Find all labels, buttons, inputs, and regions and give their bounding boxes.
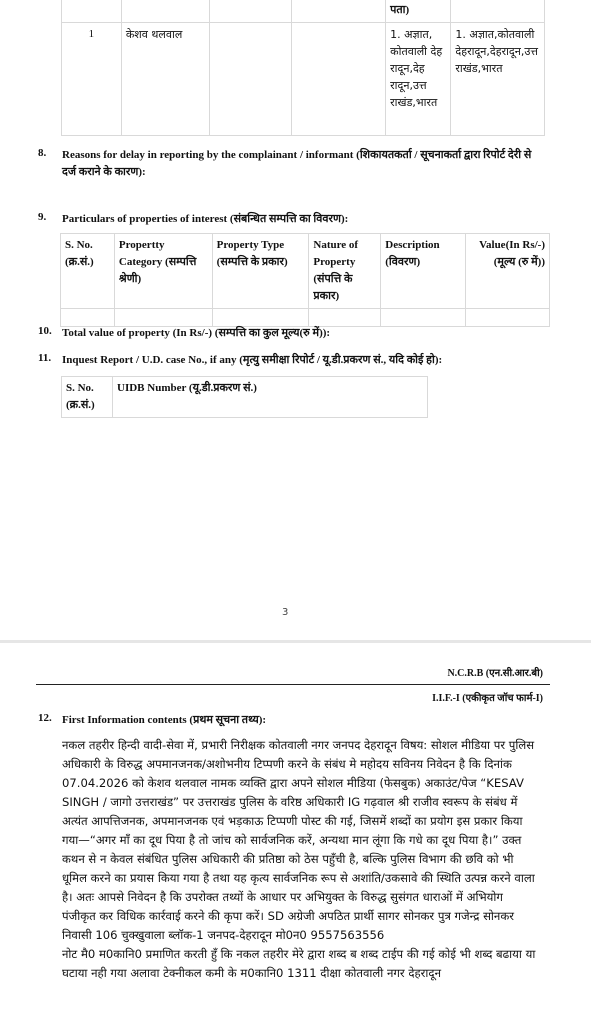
table-cell: [114, 309, 212, 327]
section-10-label: Total value of property (In Rs/-) (सम्पत…: [62, 325, 330, 342]
table-row: 1 केशव थलवाल 1. अज्ञात,कोतवाली देहरादून,…: [62, 23, 545, 136]
column-header: UIDB Number (यू.डी.प्रकरण सं.): [113, 377, 428, 418]
column-header: Propertty Category (सम्पत्ति श्रेणी): [114, 234, 212, 309]
empty-cell: [291, 23, 386, 136]
column-header: Nature of Property (संपत्ति के प्रकार): [309, 234, 381, 309]
section-8-label: Reasons for delay in reporting by the co…: [62, 147, 542, 181]
section-9-label: Particulars of properties of interest (स…: [62, 211, 348, 228]
permanent-address-cell: 1. अज्ञात,कोतवाली देहरादून,देहरादून,उत्त…: [451, 23, 545, 136]
section-12-label: First Information contents (प्रथम सूचना …: [62, 712, 266, 729]
section-12-number: 12.: [38, 712, 52, 724]
table-cell: [309, 309, 381, 327]
table-cell: [212, 309, 309, 327]
first-information-text: नकल तहरीर हिन्दी वादी-सेवा में, प्रभारी …: [62, 736, 540, 983]
column-header: Property Type (सम्पत्ति के प्रकार): [212, 234, 309, 309]
name-cell: केशव थलवाल: [121, 23, 209, 136]
table-cell: [466, 309, 550, 327]
header-cell: पता): [386, 0, 451, 23]
page-number: 3: [282, 607, 288, 618]
accused-table: पता) ता) 1 केशव थलवाल 1. अज्ञात,कोतवाली …: [61, 0, 545, 136]
column-header: S. No. (क्र.सं.): [61, 234, 115, 309]
header-cell: [121, 0, 209, 23]
header-cell: [291, 0, 386, 23]
header-cell: [62, 0, 122, 23]
section-11-number: 11.: [38, 352, 51, 364]
header-cell: ता): [451, 0, 545, 23]
sno-cell: 1: [62, 23, 122, 136]
present-address-cell: 1. अज्ञात,कोतवाली देहरादून,देहरादून,उत्त…: [386, 23, 451, 136]
column-header: Value(In Rs/-) (मूल्य (रु में)): [466, 234, 550, 309]
section-11-label: Inquest Report / U.D. case No., if any (…: [62, 352, 442, 369]
table-row: [61, 309, 550, 327]
empty-cell: [209, 23, 291, 136]
header-rule: [36, 684, 550, 685]
note-paragraph: नोट मै0 म0कानि0 प्रमाणित करती हुँ कि नकल…: [62, 945, 540, 983]
column-header: Description (विवरण): [381, 234, 466, 309]
page-divider: [0, 640, 591, 643]
header-cell: [209, 0, 291, 23]
table-cell: [61, 309, 115, 327]
table-cell: [381, 309, 466, 327]
inquest-table: S. No. (क्र.सं.) UIDB Number (यू.डी.प्रक…: [61, 376, 428, 418]
complaint-paragraph: नकल तहरीर हिन्दी वादी-सेवा में, प्रभारी …: [62, 736, 540, 945]
property-table: S. No. (क्र.सं.) Propertty Category (सम्…: [60, 233, 550, 327]
column-header: S. No. (क्र.सं.): [62, 377, 113, 418]
form-header: I.I.F.-I (एकीकृत जॉच फार्म-I): [432, 690, 543, 704]
section-8-number: 8.: [38, 147, 46, 159]
section-9-number: 9.: [38, 211, 46, 223]
ncrb-header: N.C.R.B (एन.सी.आर.बी): [447, 665, 543, 679]
section-10-number: 10.: [38, 325, 52, 337]
